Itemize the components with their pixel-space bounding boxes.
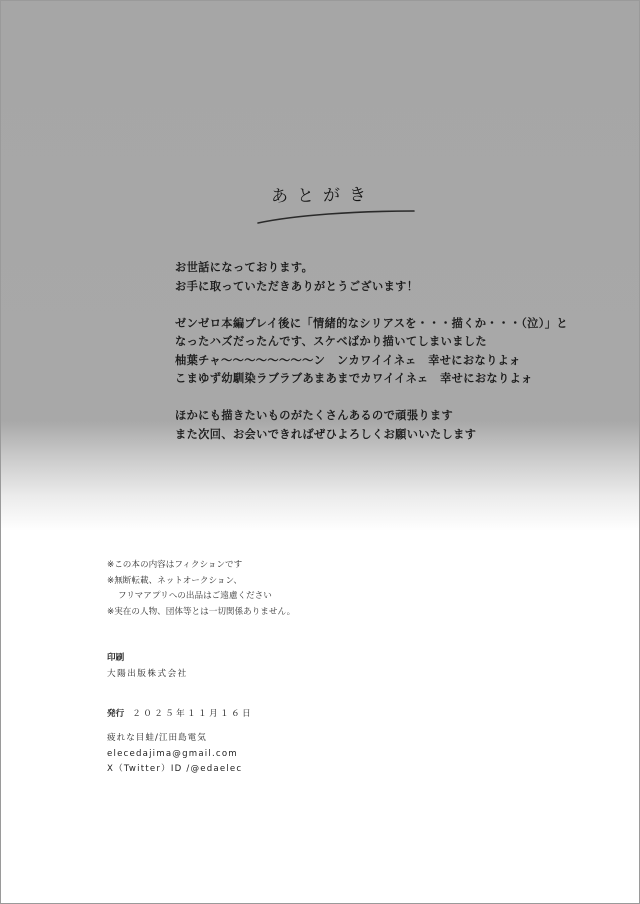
body-line: ゼンゼロ本編プレイ後に「情緒的なシリアスを・・・描くか・・・（泣）」と: [175, 315, 568, 334]
afterword-paragraph-story: ゼンゼロ本編プレイ後に「情緒的なシリアスを・・・描くか・・・（泣）」と なったハ…: [175, 315, 568, 389]
issue-date: ２０２５年１１月１６日: [132, 709, 253, 719]
note-no-relation: ※実在の人物、団体等とは一切関係ありません。: [107, 605, 295, 621]
issue-label: 発行: [107, 709, 124, 719]
printing-section: 印刷 大陽出版株式会社: [107, 651, 188, 682]
x-twitter-id: X（Twitter）ID /@edaelec: [107, 762, 242, 778]
body-line: 柚葉チャ～～～～～～～～ン ンカワイイネェ 幸せにおなりよォ: [175, 352, 568, 371]
issue-section: 発行２０２５年１１月１６日: [107, 707, 253, 723]
body-line: なったハズだったんです、スケベばかり描いてしまいました: [175, 333, 568, 352]
body-line: お世話になっております。: [175, 259, 568, 278]
body-line: こまゆず幼馴染ラブラブあまあまでカワイイネェ 幸せにおなりよォ: [175, 370, 568, 389]
disclaimer-notes: ※この本の内容はフィクションです ※無断転載、ネットオークション、 フリマアプリ…: [107, 558, 295, 620]
contact-section: 疲れな目蛙/江田島電気 elecedajima@gmail.com X（Twit…: [107, 731, 242, 778]
body-line: また次回、お会いできればぜひよろしくお願いいたします: [175, 426, 568, 445]
note-no-resale: フリマアプリへの出品はご遠慮ください: [107, 589, 295, 605]
title-underline-stroke: [256, 205, 416, 227]
printer-name: 大陽出版株式会社: [107, 667, 188, 683]
afterword-page: あとがき お世話になっております。 お手に取っていただきありがとうございます！ …: [0, 0, 640, 904]
afterword-body: お世話になっております。 お手に取っていただきありがとうございます！ ゼンゼロ本…: [175, 259, 568, 444]
circle-author: 疲れな目蛙/江田島電気: [107, 731, 242, 747]
afterword-paragraph-greeting: お世話になっております。 お手に取っていただきありがとうございます！: [175, 259, 568, 296]
contact-email: elecedajima@gmail.com: [107, 747, 242, 763]
afterword-paragraph-closing: ほかにも描きたいものがたくさんあるので頑張ります また次回、お会いできればぜひよ…: [175, 407, 568, 444]
afterword-title: あとがき: [271, 180, 375, 207]
note-no-reprint: ※無断転載、ネットオークション、: [107, 574, 295, 590]
body-line: お手に取っていただきありがとうございます！: [175, 278, 568, 297]
note-fiction: ※この本の内容はフィクションです: [107, 558, 295, 574]
printing-label: 印刷: [107, 651, 188, 667]
body-line: ほかにも描きたいものがたくさんあるので頑張ります: [175, 407, 568, 426]
